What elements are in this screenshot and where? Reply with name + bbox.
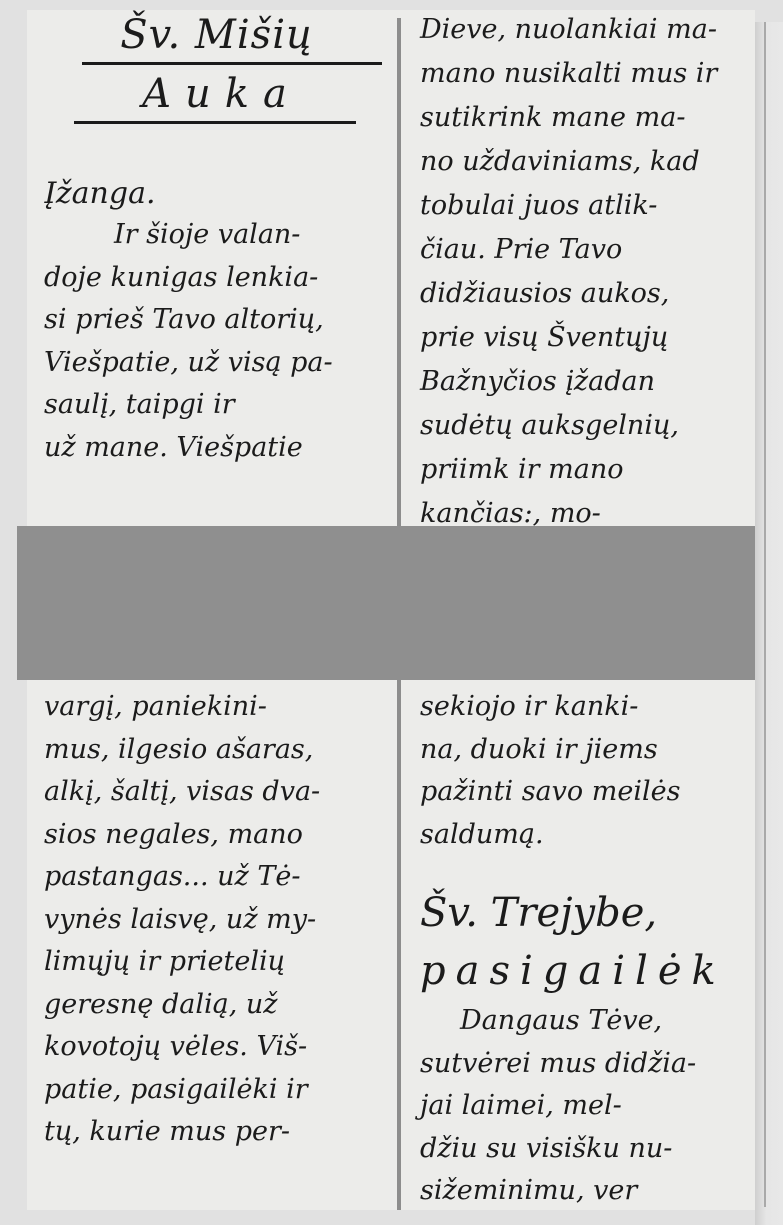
text-line: Dangaus Tėve,	[420, 1000, 755, 1043]
page-binding-shadow	[755, 22, 783, 1225]
column-top-left: Šv. Mišių Auka Įžanga. Ir šioje valan- d…	[44, 10, 389, 469]
text-line: priimk ir mano	[420, 448, 755, 492]
text-line: sižeminimu, ver	[420, 1170, 755, 1213]
text-line: sudėtų auksgelnių,	[420, 404, 755, 448]
text-line: sutvėrei mus didžia-	[420, 1043, 755, 1086]
section-heading-trejybe: Šv. Trejybe,	[420, 884, 755, 942]
text-line: alkį, šaltį, visas dva-	[44, 771, 389, 814]
text-line: čiau. Prie Tavo	[420, 228, 755, 272]
redaction-band	[17, 526, 755, 680]
text-line: Bažnyčios įžadan	[420, 360, 755, 404]
text-line: saldumą.	[420, 814, 755, 857]
column-divider-bottom	[397, 680, 401, 1210]
text-line: sios negales, mano	[44, 814, 389, 857]
text-line: už mane. Viešpatie	[44, 427, 389, 470]
text-line: vynės laisvę, už my-	[44, 899, 389, 942]
page-edge-line	[764, 22, 766, 1207]
column-bottom-right: sekiojo ir kanki- na, duoki ir jiems paž…	[420, 686, 755, 1213]
text-line: geresnę dalią, už	[44, 984, 389, 1027]
text-line: Dieve, nuolankiai ma-	[420, 8, 755, 52]
section-heading-izanga: Įžanga.	[44, 174, 389, 214]
title-underline-1	[82, 62, 382, 65]
text-line: pastangas... už Tė-	[44, 856, 389, 899]
text-line: saulį, taipgi ir	[44, 384, 389, 427]
title-underline-2	[74, 121, 356, 124]
text-line: jai laimei, mel-	[420, 1085, 755, 1128]
column-divider-top	[397, 18, 401, 526]
text-line: sekiojo ir kanki-	[420, 686, 755, 729]
text-line: na, duoki ir jiems	[420, 729, 755, 772]
text-line: kančias:, mo-	[420, 492, 755, 536]
title-line-2: Auka	[44, 69, 389, 119]
text-line: prie visų Šventųjų	[420, 316, 755, 360]
text-line: tų, kurie mus per-	[44, 1111, 389, 1154]
text-line: mano nusikalti mus ir	[420, 52, 755, 96]
text-line: didžiausios aukos,	[420, 272, 755, 316]
text-line: kovotojų vėles. Viš-	[44, 1026, 389, 1069]
text-line: vargį, paniekini-	[44, 686, 389, 729]
text-line: Viešpatie, už visą pa-	[44, 342, 389, 385]
text-line: tobulai juos atlik-	[420, 184, 755, 228]
text-line: doje kunigas lenkia-	[44, 257, 389, 300]
text-line: sutikrink mane ma-	[420, 96, 755, 140]
text-line: pažinti savo meilės	[420, 771, 755, 814]
title-line-1: Šv. Mišių	[44, 10, 389, 60]
column-top-right: Dieve, nuolankiai ma- mano nusikalti mus…	[420, 8, 755, 536]
text-line: no uždaviniams, kad	[420, 140, 755, 184]
column-bottom-left: vargį, paniekini- mus, ilgesio ašaras, a…	[44, 686, 389, 1154]
text-line: Ir šioje valan-	[44, 214, 389, 257]
text-line: džiu su visišku nu-	[420, 1128, 755, 1171]
section-heading-pasigailek: pasigailėk	[420, 942, 755, 1000]
text-line: patie, pasigailėki ir	[44, 1069, 389, 1112]
text-line: mus, ilgesio ašaras,	[44, 729, 389, 772]
text-line: si prieš Tavo altorių,	[44, 299, 389, 342]
text-line: limųjų ir prietelių	[44, 941, 389, 984]
